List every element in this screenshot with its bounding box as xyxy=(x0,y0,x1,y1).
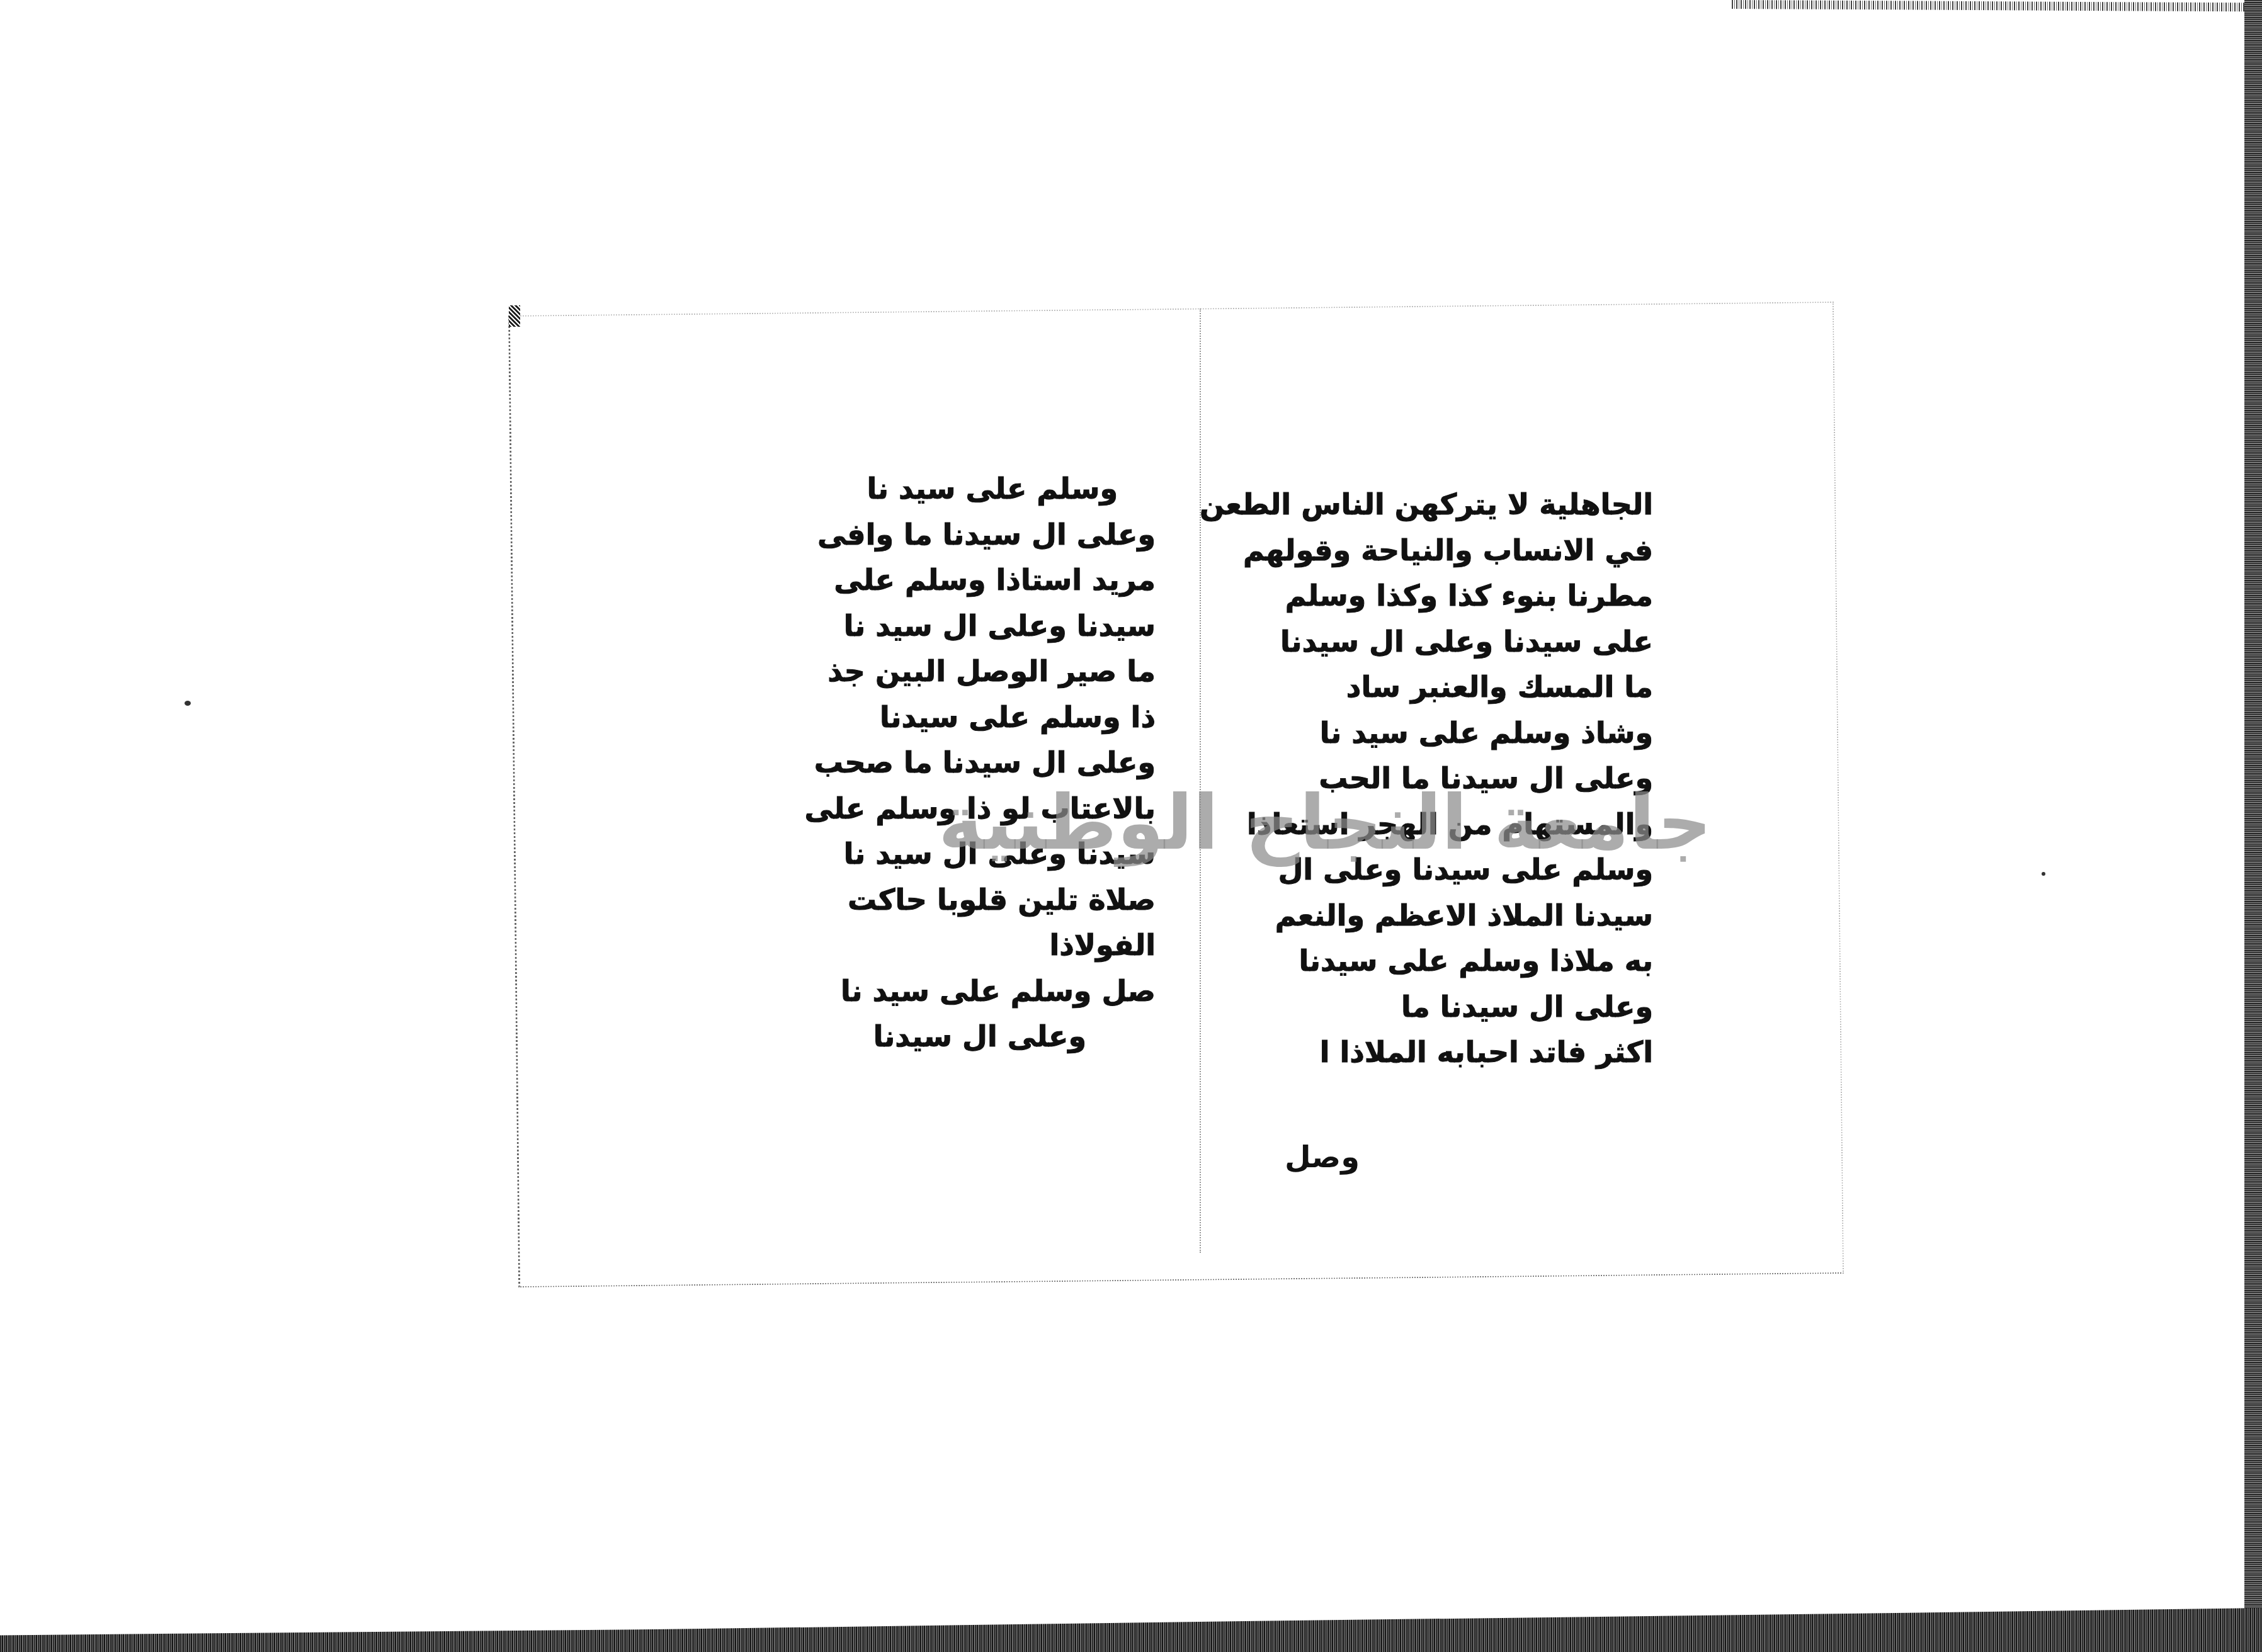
text-line: سيدنا وعلى ال سيد نا xyxy=(778,603,1156,649)
text-line: والمستهام من الهجر استعاذا xyxy=(1250,801,1653,847)
text-line: وعلى ال سيدنا ما الحب xyxy=(1250,755,1653,801)
scan-edge-bottom xyxy=(0,1608,2262,1652)
text-line: به ملاذا وسلم على سيدنا xyxy=(1250,938,1653,984)
text-line: وعلى ال سيدنا ما صحب xyxy=(778,740,1156,786)
text-line: وعلى ال سيدنا xyxy=(778,1014,1156,1060)
page-corner-mark xyxy=(509,305,520,327)
text-line: مطرنا بنوء كذا وكذا وسلم xyxy=(1250,573,1653,619)
text-line: سيدنا الملاذ الاعظم والنعم xyxy=(1250,893,1653,939)
manuscript-spine xyxy=(1200,308,1202,1253)
right-page-text: الجاهلية لا يتركهن الناس الطعن في الانسا… xyxy=(1250,482,1653,1075)
text-line: وشاذ وسلم على سيد نا xyxy=(1250,710,1653,756)
scan-edge-top xyxy=(1732,0,2262,11)
text-line: اكثر فاتد احبابه الملاذا ا xyxy=(1250,1029,1653,1075)
text-line: وعلى ال سيدنا ما xyxy=(1250,984,1653,1030)
text-line: ما صير الوصل البين جذ xyxy=(778,648,1156,694)
scan-speck xyxy=(185,701,191,706)
text-line: مريد استاذا وسلم على xyxy=(778,557,1156,603)
text-line: صل وسلم على سيد نا xyxy=(778,968,1156,1014)
text-line: وعلى ال سيدنا ما وافى xyxy=(778,512,1156,558)
text-line: الجاهلية لا يتركهن الناس الطعن xyxy=(1250,482,1653,528)
text-line: صلاة تلين قلوبا حاكت xyxy=(778,877,1156,923)
scan-speck xyxy=(2042,872,2045,876)
text-line: سيدنا وعلى ال سيد نا xyxy=(778,831,1156,877)
scan-edge-right xyxy=(2244,0,2262,1652)
left-page-text: وسلم على سيد نا وعلى ال سيدنا ما وافى مر… xyxy=(778,466,1156,1060)
text-line: على سيدنا وعلى ال سيدنا xyxy=(1250,619,1653,665)
text-line: بالاعتاب لو ذا وسلم على xyxy=(778,786,1156,832)
text-line: الفولاذا xyxy=(778,922,1156,968)
text-line: في الانساب والنياحة وقولهم xyxy=(1250,528,1653,574)
text-line: ذا وسلم على سيدنا xyxy=(778,694,1156,740)
text-line: وسلم على سيد نا xyxy=(778,466,1156,512)
text-line: ما المسك والعنبر ساد xyxy=(1250,664,1653,710)
catchword: وصل xyxy=(1285,1140,1360,1175)
text-line: وسلم على سيدنا وعلى ال xyxy=(1250,847,1653,893)
